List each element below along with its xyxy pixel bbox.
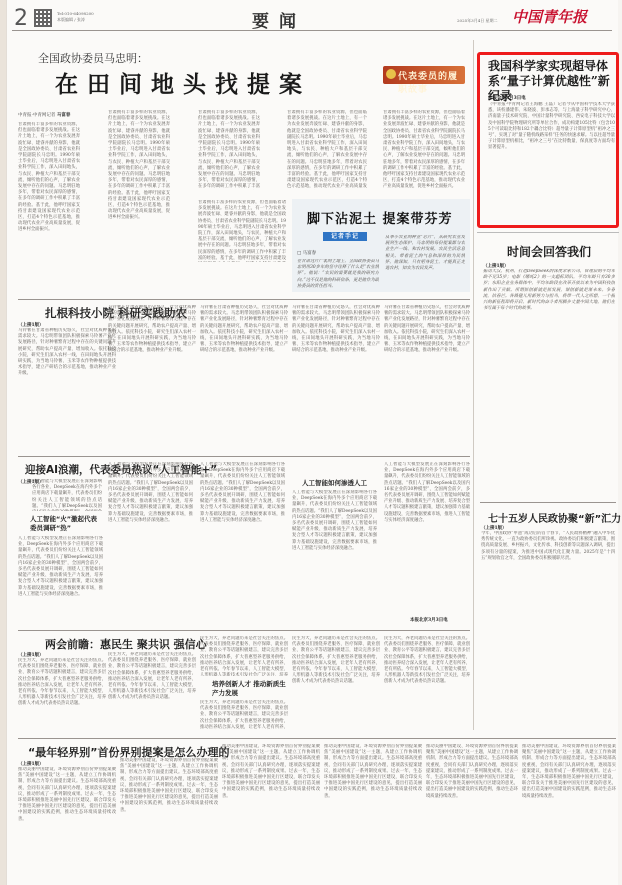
notes-body-left: 在甘肃这片广袤的土地上，全国政协委员马忠明用30多年的坚守诠释了什么是“农业情怀…	[297, 259, 379, 289]
agri-body-col-3: 马铃薯在甘肃省种植历史悠久，社会对优质种薯的需求较大。马忠明带领团队积极探索马铃…	[200, 305, 288, 446]
feature-banner: 代表委员的履职故事	[383, 66, 465, 84]
top-story-source: 本报合肥3月3日电	[488, 95, 526, 101]
banner-label: 代表委员的履职故事	[398, 69, 465, 95]
qr-code-icon	[34, 9, 52, 27]
lead-body-col-3: 甘肃拥有丰富多样的农业资源，但也面临着诸多发展挑战。在这片土地上，有一个为农业发…	[198, 110, 260, 190]
notes-author: □ 马富春	[297, 250, 316, 256]
agri-body-col-2: 马铃薯在甘肃省种植历史悠久，社会对优质种薯的需求较大。马忠明带领团队积极探索马铃…	[108, 305, 196, 446]
notes-body-right: 从事小农业的种业“芯片”，从研究农业发展到生态保护，马忠明的每份提案都与农业生产…	[385, 235, 465, 289]
masthead: 2 Tel:010-64098200 本版编辑 / 张涛 要闻 2025年3月4…	[12, 8, 612, 30]
youngest-body-col-1: 推动美丽中国建设、环境资源界别首份界别提案聚焦“美丽中国建设”这一主题，从建立工…	[18, 767, 116, 882]
cppcc-body: 今年，中国政协“申遗”成功后的首个春节，“人民政协精神”融入中华优秀传统文化，一…	[481, 531, 615, 731]
sessions-body-col-3: 民生为大，养老问题历来是社会关注的焦点。代表委员们围绕养老服务、医疗保障、就业创…	[200, 636, 288, 676]
byline-label: 中青报·中青网记者	[18, 113, 55, 118]
commentary-body: 振动大汉，杭州，打造DeepSeek的深度求索公司，管理层的平均年龄不足35岁；…	[483, 269, 615, 445]
section-title: 要闻	[252, 7, 306, 32]
brand-logo: 中国青年报	[512, 6, 587, 27]
masthead-rule	[12, 30, 612, 31]
youngest-body-col-5: 推动美丽中国建设、环境资源界别首份界别提案聚焦“美丽中国建设”这一主题，从建立工…	[426, 744, 518, 882]
notes-tag: 记者手记	[323, 232, 367, 241]
lead-body-col-5: 甘肃拥有丰富多样的农业资源，但也面临着诸多发展挑战。在这片土地上，有一个为农业发…	[383, 110, 465, 190]
agri-body-col-1: 马铃薯在甘肃省种植历史悠久，社会对优质种薯的需求较大。马忠明带领团队积极探索马铃…	[18, 328, 116, 446]
ai-body-col-5: 人工智能与大模型发展正在深刻影响各行各业，DeepSeek在海内外多个应用商店下…	[384, 462, 470, 612]
column-divider	[473, 40, 474, 730]
sessions-body-col-5: 民生为大，养老问题历来是社会关注的焦点。代表委员们围绕养老服务、医疗保障、就业创…	[384, 636, 470, 730]
ai-body-lead: 人工智能与大模型发展正在深刻影响各行各业，DeepSeek在海内外多个应用商店下…	[32, 479, 102, 511]
ai-body-col-4: 人工智能与大模型发展正在深刻影响各行各业，DeepSeek在海内外多个应用商店下…	[292, 490, 377, 626]
section-rule	[18, 738, 616, 739]
top-story-body: （中青报·中青网记者王海鹏 王磊）记者今从中国科学技术大学获悉，该校潘建伟、朱晓…	[488, 102, 615, 224]
commentary-headline[interactable]: 时间会回答我们	[507, 243, 591, 260]
emblem-icon	[386, 69, 396, 79]
ai-subhead: 人工智能“火”激起代表委员调研“热”	[30, 515, 100, 533]
agri-body-col-5: 马铃薯在甘肃省种植历史悠久，社会对优质种薯的需求较大。马忠明带领团队积极探索马铃…	[384, 305, 470, 446]
lead-body-col-1: 甘肃拥有丰富多样的农业资源，但也面临着诸多发展挑战。在这片土地上，有一个为农业发…	[18, 122, 80, 262]
cppcc-headline[interactable]: 七十五岁人民政协聚“新”汇力	[488, 510, 621, 525]
commentary-box: 时间会回答我们 （上接1版） 振动大汉，杭州，打造DeepSeek的深度求索公司…	[477, 232, 619, 447]
agri-body-col-4: 马铃薯在甘肃省种植历史悠久，社会对优质种薯的需求较大。马忠明带领团队积极探索马铃…	[292, 305, 380, 446]
issue-date: 2025年3月4日 星期二	[457, 18, 498, 24]
youngest-body-col-3: 推动美丽中国建设、环境资源界别首份界别提案聚焦“美丽中国建设”这一主题，从建立工…	[222, 744, 320, 882]
sessions-body-col-1: 民生为大，养老问题历来是社会关注的焦点。代表委员们围绕养老服务、医疗保障、就业创…	[18, 658, 106, 730]
lead-byline: 中青报·中青网记者 马富春	[18, 112, 70, 118]
section-rule	[18, 630, 470, 631]
section-rule	[480, 502, 616, 503]
sessions-subhead: 培养创新人才 推动新质生产力发展	[212, 680, 288, 698]
lead-body-col-6: 甘肃拥有丰富多样的农业资源，但也面临着诸多发展挑战。在这片土地上，有一个为农业发…	[198, 200, 286, 262]
ai-body-col-1: 人工智能与大模型发展正在深刻影响各行各业，DeepSeek在海内外多个应用商店下…	[18, 536, 103, 626]
youngest-body-col-2: 推动美丽中国建设、环境资源界别首份界别提案聚焦“美丽中国建设”这一主题，从建立工…	[120, 758, 218, 882]
youngest-body-col-6: 推动美丽中国建设、环境资源界别首份界别提案聚焦“美丽中国建设”这一主题，从建立工…	[522, 744, 616, 882]
sessions-body-col-3b: 民生为大，养老问题历来是社会关注的焦点。代表委员们围绕养老服务、医疗保障、就业创…	[200, 700, 288, 730]
notes-headline[interactable]: 脚下沾泥土 提案带芬芳	[307, 208, 453, 227]
ai-subhead-2: 人工智能如何渗透人工	[302, 478, 367, 487]
reporter-notes-box: 脚下沾泥土 提案带芬芳 记者手记 □ 马富春 在甘肃这片广袤的土地上，全国政协委…	[292, 199, 470, 292]
top-story-highlight: 我国科学家实现超导体系“量子计算优越性”新纪录 本报合肥3月3日电 （中青报·中…	[477, 52, 619, 228]
section-rule	[18, 299, 470, 300]
ai-body-col-3: 人工智能与大模型发展正在深刻影响各行各业，DeepSeek在海内外多个应用商店下…	[200, 462, 285, 626]
contact-info: Tel:010-64098200 本版编辑 / 张涛	[57, 11, 94, 23]
ai-dateline: 本报北京3月3日电	[410, 617, 448, 623]
youngest-body-col-4: 推动美丽中国建设、环境资源界别首份界别提案聚焦“美丽中国建设”这一主题，从建立工…	[324, 744, 422, 882]
page-number: 2	[14, 6, 28, 31]
lead-body-col-2: 甘肃拥有丰富多样的农业资源，但也面临着诸多发展挑战。在这片土地上，有一个为农业发…	[108, 110, 170, 262]
ai-body-col-2: 人工智能与大模型发展正在深刻影响各行各业，DeepSeek在海内外多个应用商店下…	[108, 462, 193, 626]
sessions-body-col-2: 民生为大，养老问题历来是社会关注的焦点。代表委员们围绕养老服务、医疗保障、就业创…	[108, 652, 196, 730]
lead-body-col-4: 甘肃拥有丰富多样的农业资源，但也面临着诸多发展挑战。在这片土地上，有一个为农业发…	[287, 110, 367, 190]
lead-kicker: 全国政协委员马忠明：	[38, 50, 148, 66]
lead-headline[interactable]: 在田间地头找提案	[55, 66, 311, 99]
byline-name: 马富春	[57, 113, 71, 118]
sessions-body-col-4: 民生为大，养老问题历来是社会关注的焦点。代表委员们围绕养老服务、医疗保障、就业创…	[292, 636, 380, 730]
sessions-headline[interactable]: 两会前瞻：惠民生 聚共识 强信心	[45, 636, 207, 652]
editors-line: 本版编辑 / 张涛	[57, 17, 94, 23]
section-rule	[18, 456, 470, 457]
